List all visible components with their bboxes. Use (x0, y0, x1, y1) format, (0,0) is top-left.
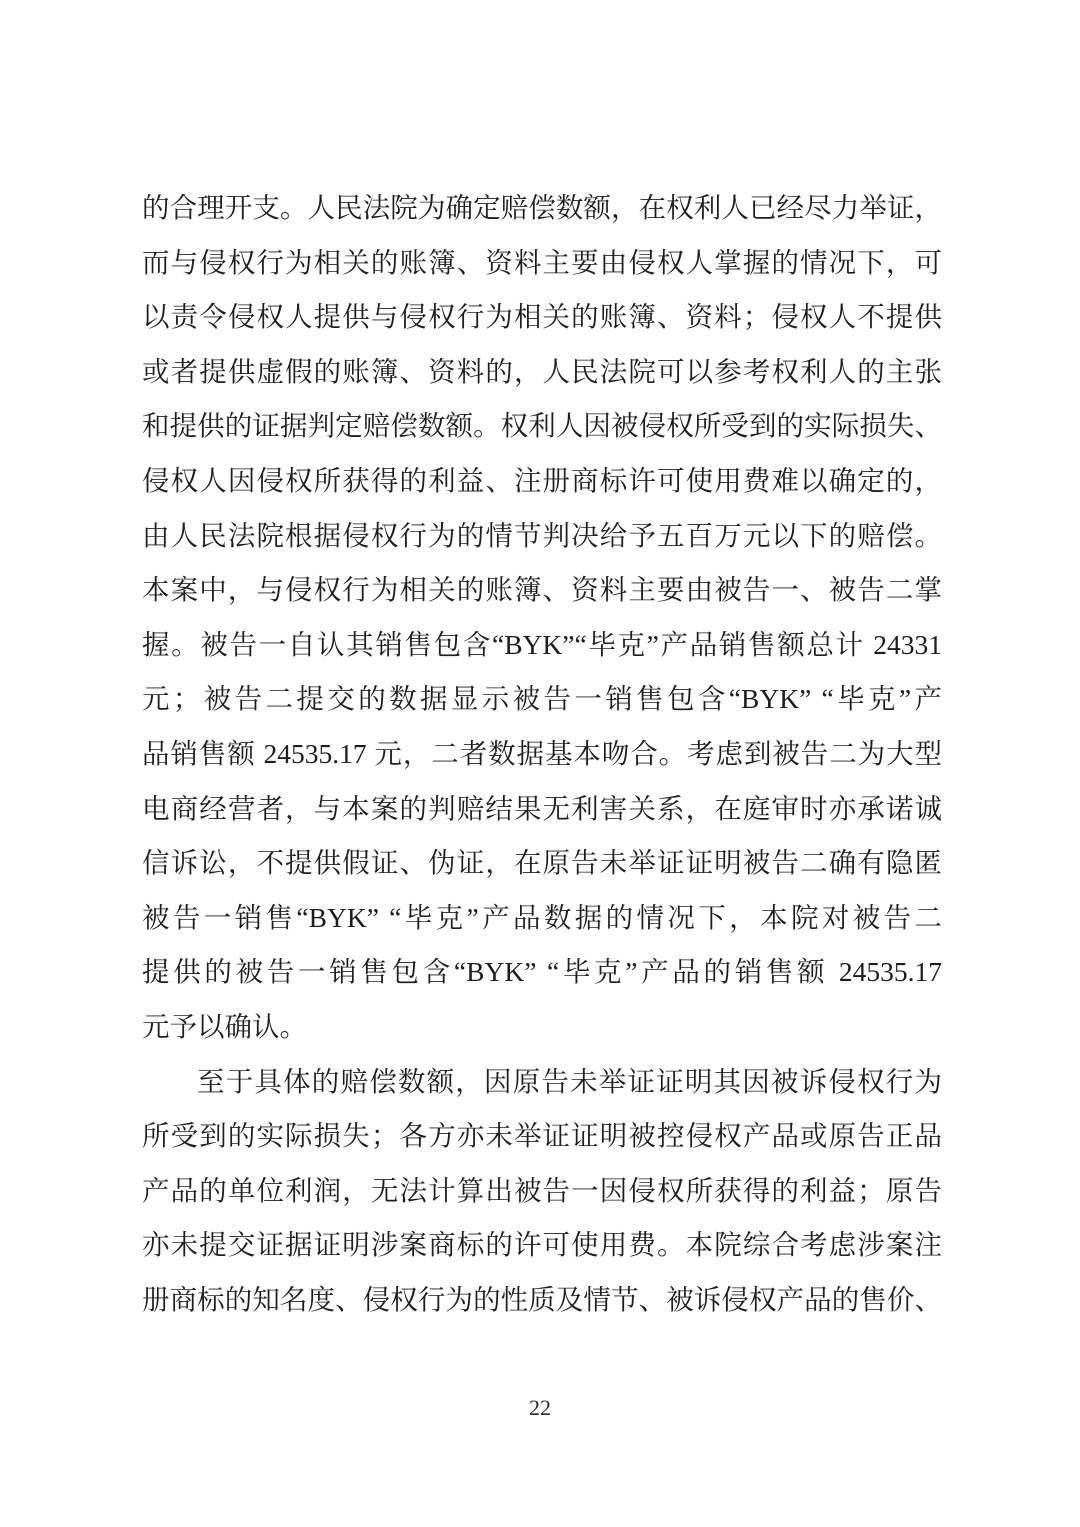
text-line: 和提供的证据判定赔偿数额。权利人因被侵权所受到的实际损失、 (142, 399, 942, 454)
document-page: 的合理开支。人民法院为确定赔偿数额，在权利人已经尽力举证， 而与侵权行为相关的账… (0, 0, 1080, 1527)
text-line: 册商标的知名度、侵权行为的性质及情节、被诉侵权产品的售价、 (142, 1273, 942, 1328)
page-number: 22 (0, 1394, 1080, 1422)
text-line: 的合理开支。人民法院为确定赔偿数额，在权利人已经尽力举证， (142, 181, 942, 236)
text-line: 或者提供虚假的账簿、资料的，人民法院可以参考权利人的主张 (142, 345, 942, 400)
body-text: 的合理开支。人民法院为确定赔偿数额，在权利人已经尽力举证， 而与侵权行为相关的账… (142, 181, 942, 1327)
text-line: 元予以确认。 (142, 1000, 942, 1055)
text-line: 元；被告二提交的数据显示被告一销售包含“BYK” “毕克”产 (142, 672, 942, 727)
text-line: 而与侵权行为相关的账簿、资料主要由侵权人掌握的情况下，可 (142, 236, 942, 291)
text-line: 握。被告一自认其销售包含“BYK”“毕克”产品销售额总计 24331 (142, 618, 942, 673)
text-line: 本案中，与侵权行为相关的账簿、资料主要由被告一、被告二掌 (142, 563, 942, 618)
text-line: 侵权人因侵权所获得的利益、注册商标许可使用费难以确定的， (142, 454, 942, 509)
text-line: 信诉讼，不提供假证、伪证，在原告未举证证明被告二确有隐匿 (142, 836, 942, 891)
text-line: 由人民法院根据侵权行为的情节判决给予五百万元以下的赔偿。 (142, 509, 942, 564)
text-line-paragraph-start: 至于具体的赔偿数额，因原告未举证证明其因被诉侵权行为 (142, 1055, 942, 1110)
text-line: 亦未提交证据证明涉案商标的许可使用费。本院综合考虑涉案注 (142, 1218, 942, 1273)
text-line: 电商经营者，与本案的判赔结果无利害关系，在庭审时亦承诺诚 (142, 782, 942, 837)
text-line: 产品的单位利润，无法计算出被告一因侵权所获得的利益；原告 (142, 1164, 942, 1219)
text-line: 品销售额 24535.17 元，二者数据基本吻合。考虑到被告二为大型 (142, 727, 942, 782)
text-line: 所受到的实际损失；各方亦未举证证明被控侵权产品或原告正品 (142, 1109, 942, 1164)
text-line: 被告一销售“BYK” “毕克”产品数据的情况下，本院对被告二 (142, 891, 942, 946)
text-line: 提供的被告一销售包含“BYK” “毕克”产品的销售额 24535.17 (142, 945, 942, 1000)
text-line: 以责令侵权人提供与侵权行为相关的账簿、资料；侵权人不提供 (142, 290, 942, 345)
